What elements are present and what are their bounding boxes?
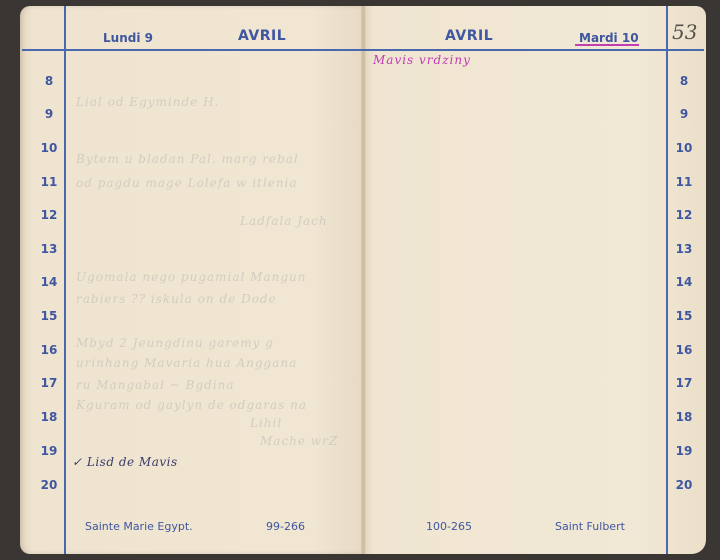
hour-label: 13 <box>34 242 64 256</box>
book-spine <box>361 6 366 554</box>
pink-underline <box>575 44 639 46</box>
open-diary: Lundi 9 AVRIL AVRIL Mardi 10 53 8 9 10 1… <box>0 0 720 560</box>
page-number: 53 <box>672 20 697 44</box>
hour-label: 15 <box>669 309 699 323</box>
left-month: AVRIL <box>238 28 286 44</box>
right-month: AVRIL <box>445 28 493 44</box>
bleed-through-line: Lial od Egyminde H. <box>76 95 219 109</box>
hour-label: 9 <box>34 107 64 121</box>
bleed-through-line: Mache wrZ <box>260 434 338 448</box>
hour-label: 17 <box>34 376 64 390</box>
hour-label: 14 <box>34 275 64 289</box>
hour-label: 16 <box>34 343 64 357</box>
hour-label: 11 <box>34 175 64 189</box>
left-day-label: Lundi 9 <box>103 31 153 45</box>
hour-label: 10 <box>669 141 699 155</box>
hour-label: 19 <box>669 444 699 458</box>
bleed-through-line: Lihil <box>250 416 282 430</box>
right-page <box>364 6 706 554</box>
bleed-through-line: od pagdu mage Lolefa w itlenia <box>76 176 298 190</box>
right-day-label: Mardi 10 <box>579 31 639 45</box>
hour-label: 18 <box>34 410 64 424</box>
right-saint-name: Saint Fulbert <box>555 520 625 533</box>
bleed-through-line: Mbyd 2 Jeungdinu garemy g <box>76 336 274 350</box>
bleed-through-line: urinhang Mavaria hua Anggana <box>76 356 297 370</box>
hour-label: 17 <box>669 376 699 390</box>
header-rule <box>22 49 704 51</box>
hour-label: 8 <box>34 74 64 88</box>
bleed-through-line: Kguram od gaylyn de odgaras na <box>76 398 307 412</box>
hour-label: 16 <box>669 343 699 357</box>
hour-label: 8 <box>669 74 699 88</box>
left-margin-line <box>64 6 66 554</box>
hour-label: 12 <box>669 208 699 222</box>
bleed-through-line: ru Mangabal ~ Bgdina <box>76 378 235 392</box>
hour-label: 15 <box>34 309 64 323</box>
bleed-through-line: Ugomala nego pugamial Mangun <box>76 270 307 284</box>
hour-label: 14 <box>669 275 699 289</box>
right-margin-line <box>666 6 668 554</box>
hour-label: 20 <box>34 478 64 492</box>
hour-label: 20 <box>669 478 699 492</box>
bleed-through-line: Bytem u bladan Pal. marg rebal <box>76 152 299 166</box>
bleed-through-line: Ladfala Jach <box>240 214 328 228</box>
hour-label: 10 <box>34 141 64 155</box>
left-handwritten-note: ✓ Lisd de Mavis <box>72 455 178 469</box>
hour-label: 18 <box>669 410 699 424</box>
hour-label: 19 <box>34 444 64 458</box>
left-saint-name: Sainte Marie Egypt. <box>85 520 193 533</box>
hour-label: 12 <box>34 208 64 222</box>
left-day-count: 99-266 <box>266 520 305 533</box>
right-day-count: 100-265 <box>426 520 472 533</box>
right-handwritten-note: Mavis vrdziny <box>373 53 471 67</box>
hour-label: 13 <box>669 242 699 256</box>
hour-label: 9 <box>669 107 699 121</box>
hour-label: 11 <box>669 175 699 189</box>
bleed-through-line: rabiers ?? iskula on de Dode <box>76 292 277 306</box>
